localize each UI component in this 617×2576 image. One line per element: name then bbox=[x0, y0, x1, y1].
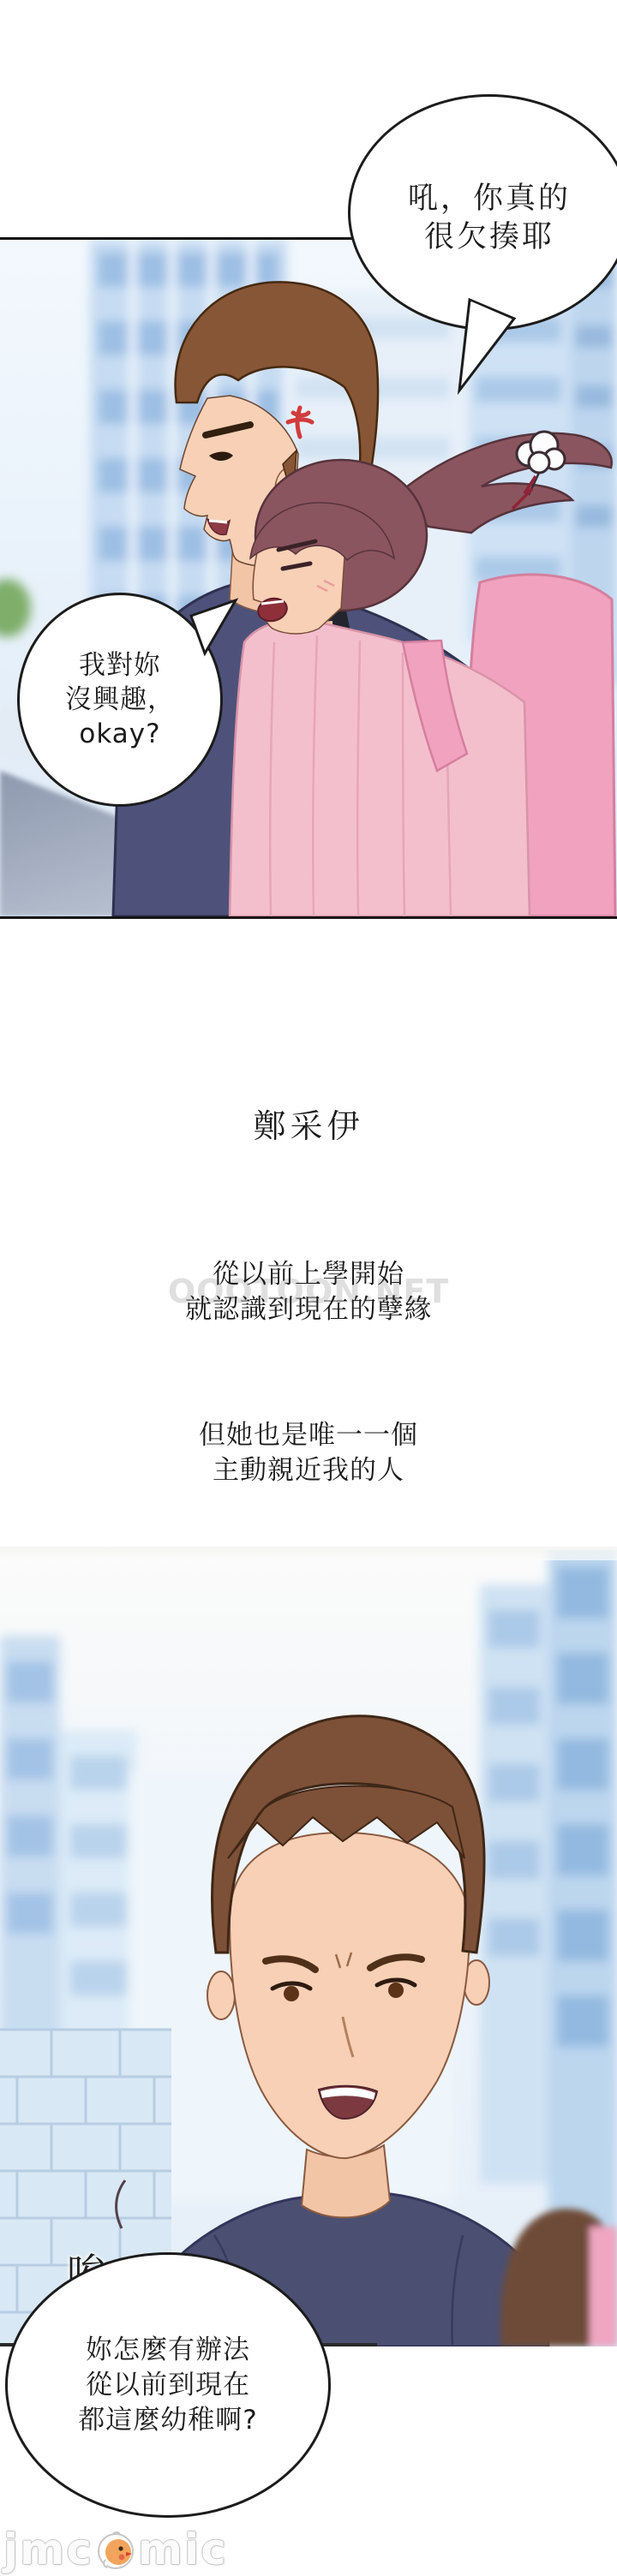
narration-line: 主動親近我的人 bbox=[0, 1453, 617, 1488]
bubble-top-tail bbox=[428, 283, 531, 402]
narration-paragraph-1: 從以前上學開始 就認識到現在的孽緣 bbox=[0, 1257, 617, 1327]
panel-2-art bbox=[0, 1550, 617, 2346]
bubble-line: 都這麼幼稚啊? bbox=[78, 2403, 257, 2438]
bubble-line: 吼，你真的 bbox=[408, 180, 571, 218]
comic-page: 吼，你真的 很欠揍耶 我對妳 沒興趣， okay? 妳怎麼有辦法 從以前到現在 … bbox=[0, 0, 617, 2576]
man2-eye-left bbox=[284, 1986, 299, 2001]
man2-eye-right bbox=[388, 1983, 404, 1998]
bubble-line: 我對妳 bbox=[79, 648, 161, 683]
logo-text-suffix: mic bbox=[138, 2526, 228, 2573]
panel-2 bbox=[0, 1550, 617, 2346]
bubble-left-tail bbox=[176, 593, 253, 662]
sigh-stroke-line bbox=[101, 2175, 144, 2235]
man2-ear-left bbox=[207, 1971, 235, 2019]
site-logo-watermark: jmc mic bbox=[3, 2526, 228, 2573]
logo-text-prefix: jmc bbox=[3, 2526, 93, 2573]
mascot-icon bbox=[95, 2529, 136, 2570]
narration-paragraph-2: 但她也是唯一一個 主動親近我的人 bbox=[0, 1418, 617, 1488]
bubble-line: 從以前到現在 bbox=[86, 2368, 250, 2403]
narration-line: 就認識到現在的孽緣 bbox=[0, 1292, 617, 1327]
panel-2-soft-top bbox=[0, 1547, 617, 1560]
bubble-line: 很欠揍耶 bbox=[424, 218, 554, 257]
narration-line: 從以前上學開始 bbox=[0, 1257, 617, 1292]
bubble-line: okay? bbox=[79, 717, 160, 751]
narration-name: 鄭采伊 bbox=[0, 1100, 617, 1147]
bubble-line: 妳怎麼有辦法 bbox=[86, 2333, 250, 2368]
narration-line: 但她也是唯一一個 bbox=[0, 1418, 617, 1453]
speech-bubble-bottom: 妳怎麼有辦法 從以前到現在 都這麼幼稚啊? bbox=[5, 2252, 331, 2518]
bubble-line: 沒興趣， bbox=[65, 683, 175, 717]
